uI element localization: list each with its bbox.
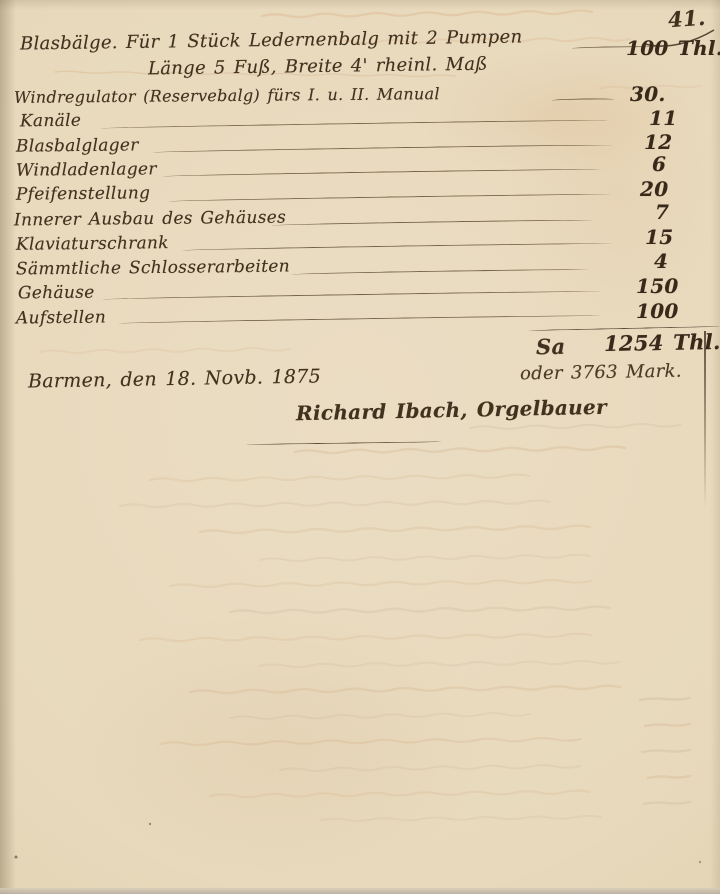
page-edge-shadow: [0, 0, 720, 10]
right-margin-line: [704, 331, 706, 509]
paper-stain: [70, 610, 490, 880]
item-amount: 4: [654, 249, 668, 273]
bleed-through-texture: [0, 0, 720, 894]
item-connector-line: [100, 119, 608, 130]
page-edge-shadow: [0, 0, 16, 894]
total-amount: 1254 Thl.: [604, 329, 720, 356]
dateline: Barmen, den 18. Novb. 1875: [28, 365, 321, 392]
total-label: Sa: [536, 334, 566, 360]
item-connector-line: [182, 242, 612, 252]
item-label: Windladenlager: [16, 159, 157, 180]
item-label: Innerer Ausbau des Gehäuses: [14, 208, 286, 231]
item-connector-line: [162, 168, 602, 178]
item-amount: 15: [645, 225, 673, 249]
item-connector-line: [552, 98, 614, 102]
item-label: Windregulator (Reservebalg) fürs I. u. I…: [14, 84, 440, 107]
page-number: 41.: [667, 5, 706, 33]
item-connector-line: [272, 219, 592, 227]
item-connector-line: [118, 314, 600, 325]
item-amount: 20: [640, 177, 668, 201]
item-label: Sämmtliche Schlosserarbeiten: [16, 257, 290, 280]
manuscript-page: 41. Blasbälge. Für 1 Stück Ledernenbalg …: [0, 0, 720, 894]
item-amount: 150: [636, 274, 679, 298]
item-label: Pfeifenstellung: [16, 183, 151, 204]
page-edge-shadow: [710, 0, 720, 894]
item-amount: 7: [655, 200, 669, 224]
paper-stain: [510, 30, 720, 350]
entry-amount: 100 Thl.: [626, 36, 720, 60]
item-amount: 100: [636, 299, 679, 323]
item-amount: 30.: [630, 82, 666, 106]
entry-dimensions: Länge 5 Fuß, Breite 4' rheinl. Maß: [148, 54, 488, 80]
item-label: Klaviaturschrank: [16, 233, 169, 255]
total-alternative-currency: oder 3763 Mark.: [520, 361, 682, 385]
item-label: Aufstellen: [16, 308, 106, 329]
item-connector-line: [292, 268, 588, 276]
entry-heading: Blasbälge. Für 1 Stück Ledernenbalg mit …: [20, 26, 523, 54]
item-amount: 11: [649, 106, 677, 130]
item-connector-line: [168, 193, 610, 203]
item-label: Kanäle: [20, 111, 81, 132]
page-edge-shadow: [0, 888, 720, 894]
item-amount: 12: [644, 130, 672, 154]
item-connector-line: [152, 144, 612, 154]
item-label: Blasbalglager: [16, 135, 139, 156]
item-label: Gehäuse: [18, 283, 95, 304]
signature-underline: [246, 441, 442, 445]
item-connector-line: [102, 290, 602, 301]
item-amount: 6: [652, 152, 666, 176]
signature: Richard Ibach, Orgelbauer: [296, 395, 607, 426]
